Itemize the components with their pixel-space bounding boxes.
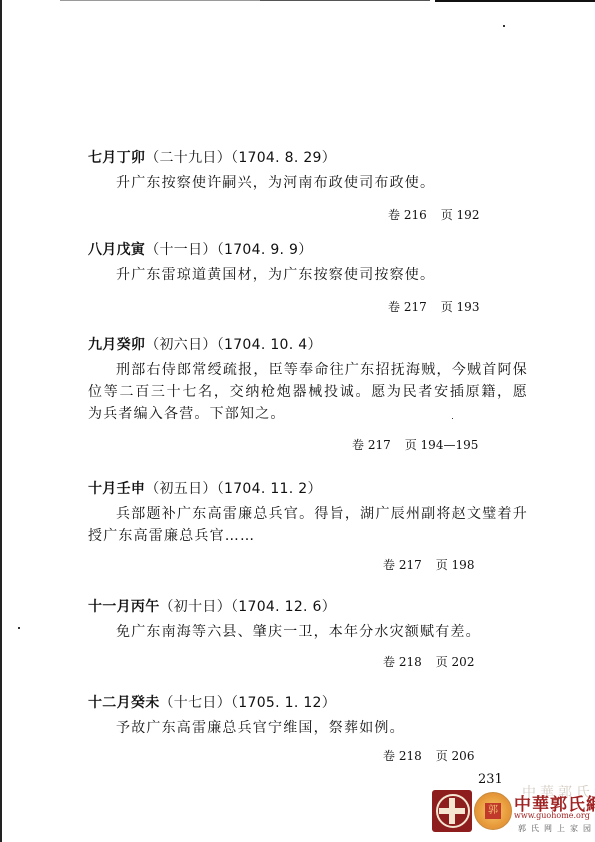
entry-gregorian-date: （1705. 1. 12） (231, 695, 336, 711)
entry-body: 予故广东高雷廉总兵官宁维国，祭葬如例。 (88, 717, 528, 739)
scan-top-rule (60, 0, 260, 1)
reference-page: 页 194—195 (405, 438, 479, 452)
scan-top-rule (435, 0, 595, 2)
reference-page: 页 192 (441, 208, 480, 222)
chronicle-entry: 九月癸卯（初六日）（1704. 10. 4） 刑部右侍郎常绶疏报，臣等奉命往广东… (88, 335, 538, 425)
entry-reference: 卷 217页 193 (388, 299, 479, 315)
entry-body: 免广东南海等六县、肇庆一卫，本年分水灾额赋有差。 (88, 621, 528, 643)
entry-heading: 十一月丙午（初十日）（1704. 12. 6） (88, 597, 538, 617)
entry-body: 升广东按察使许嗣兴，为河南布政使司布政使。 (88, 172, 528, 194)
reference-volume: 卷 216 (388, 208, 427, 222)
chronicle-entry: 十一月丙午（初十日）（1704. 12. 6） 免广东南海等六县、肇庆一卫，本年… (88, 597, 538, 643)
reference-volume: 卷 218 (383, 749, 422, 763)
chronicle-entry: 八月戊寅（十一日）（1704. 9. 9） 升广东雷琼道黄国材，为广东按察使司按… (88, 240, 538, 286)
entry-gregorian-date: （1704. 8. 29） (231, 150, 336, 166)
entry-lunar-day: （十一日） (145, 242, 217, 258)
entry-heading: 七月丁卯（二十九日）（1704. 8. 29） (88, 148, 538, 168)
entry-body: 兵部题补广东高雷廉总兵官。得旨，湖广辰州副将赵文璧着升授广东高雷廉总兵官…… (88, 503, 528, 547)
reference-volume: 卷 217 (388, 300, 427, 314)
entry-body: 升广东雷琼道黄国材，为广东按察使司按察使。 (88, 264, 528, 286)
entry-gregorian-date: （1704. 9. 9） (217, 242, 313, 258)
entry-heading: 十二月癸未（十七日）（1705. 1. 12） (88, 693, 538, 713)
entry-month-ganzhi: 七月丁卯 (88, 150, 145, 166)
entry-reference: 卷 218页 202 (383, 654, 474, 670)
entry-gregorian-date: （1704. 11. 2） (217, 481, 322, 497)
reference-page: 页 198 (436, 558, 475, 572)
reference-volume: 卷 218 (383, 655, 422, 669)
entry-lunar-day: （初十日） (160, 599, 232, 615)
watermark-logo: 郭 中華郭氏網 中華郭氏網 www.guohome.org 郭氏网上家园 (432, 788, 592, 836)
entry-lunar-day: （二十九日） (145, 150, 231, 166)
scan-left-edge (0, 0, 2, 842)
entry-heading: 九月癸卯（初六日）（1704. 10. 4） (88, 335, 538, 355)
entry-heading: 八月戊寅（十一日）（1704. 9. 9） (88, 240, 538, 260)
entry-reference: 卷 218页 206 (383, 748, 474, 764)
seal-char: 郭 (485, 803, 501, 819)
chronicle-entry: 七月丁卯（二十九日）（1704. 8. 29） 升广东按察使许嗣兴，为河南布政使… (88, 148, 538, 194)
entry-reference: 卷 216页 192 (388, 207, 479, 223)
chronicle-entry: 十月壬申（初五日）（1704. 11. 2） 兵部题补广东高雷廉总兵官。得旨，湖… (88, 479, 538, 547)
entry-reference: 卷 217页 194—195 (352, 437, 478, 453)
entry-body: 刑部右侍郎常绶疏报，臣等奉命往广东招抚海贼，今贼首阿保位等二百三十七名，交纳枪炮… (88, 359, 528, 425)
reference-page: 页 206 (436, 749, 475, 763)
entry-lunar-day: （初五日） (145, 481, 217, 497)
page-number: 231 (478, 772, 503, 787)
entry-month-ganzhi: 九月癸卯 (88, 337, 145, 353)
scan-speck (503, 25, 505, 27)
entry-month-ganzhi: 八月戊寅 (88, 242, 145, 258)
entry-gregorian-date: （1704. 12. 6） (231, 599, 336, 615)
watermark-url: www.guohome.org (514, 811, 590, 820)
entry-month-ganzhi: 十月壬申 (88, 481, 145, 497)
reference-page: 页 193 (441, 300, 480, 314)
entry-gregorian-date: （1704. 10. 4） (217, 337, 322, 353)
reference-volume: 卷 217 (383, 558, 422, 572)
entry-heading: 十月壬申（初五日）（1704. 11. 2） (88, 479, 538, 499)
entry-lunar-day: （初六日） (145, 337, 217, 353)
entry-reference: 卷 217页 198 (383, 557, 474, 573)
scan-top-rule (260, 0, 430, 1)
entry-month-ganzhi: 十二月癸未 (88, 695, 160, 711)
seal-coin-icon: 郭 (474, 792, 512, 830)
scan-speck (18, 627, 20, 629)
chronicle-entry: 十二月癸未（十七日）（1705. 1. 12） 予故广东高雷廉总兵官宁维国，祭葬… (88, 693, 538, 739)
reference-volume: 卷 217 (352, 438, 391, 452)
watermark-slogan: 郭氏网上家园 (518, 823, 595, 834)
entry-lunar-day: （十七日） (160, 695, 232, 711)
knot-emblem-icon (432, 790, 472, 832)
reference-page: 页 202 (436, 655, 475, 669)
entry-month-ganzhi: 十一月丙午 (88, 599, 160, 615)
